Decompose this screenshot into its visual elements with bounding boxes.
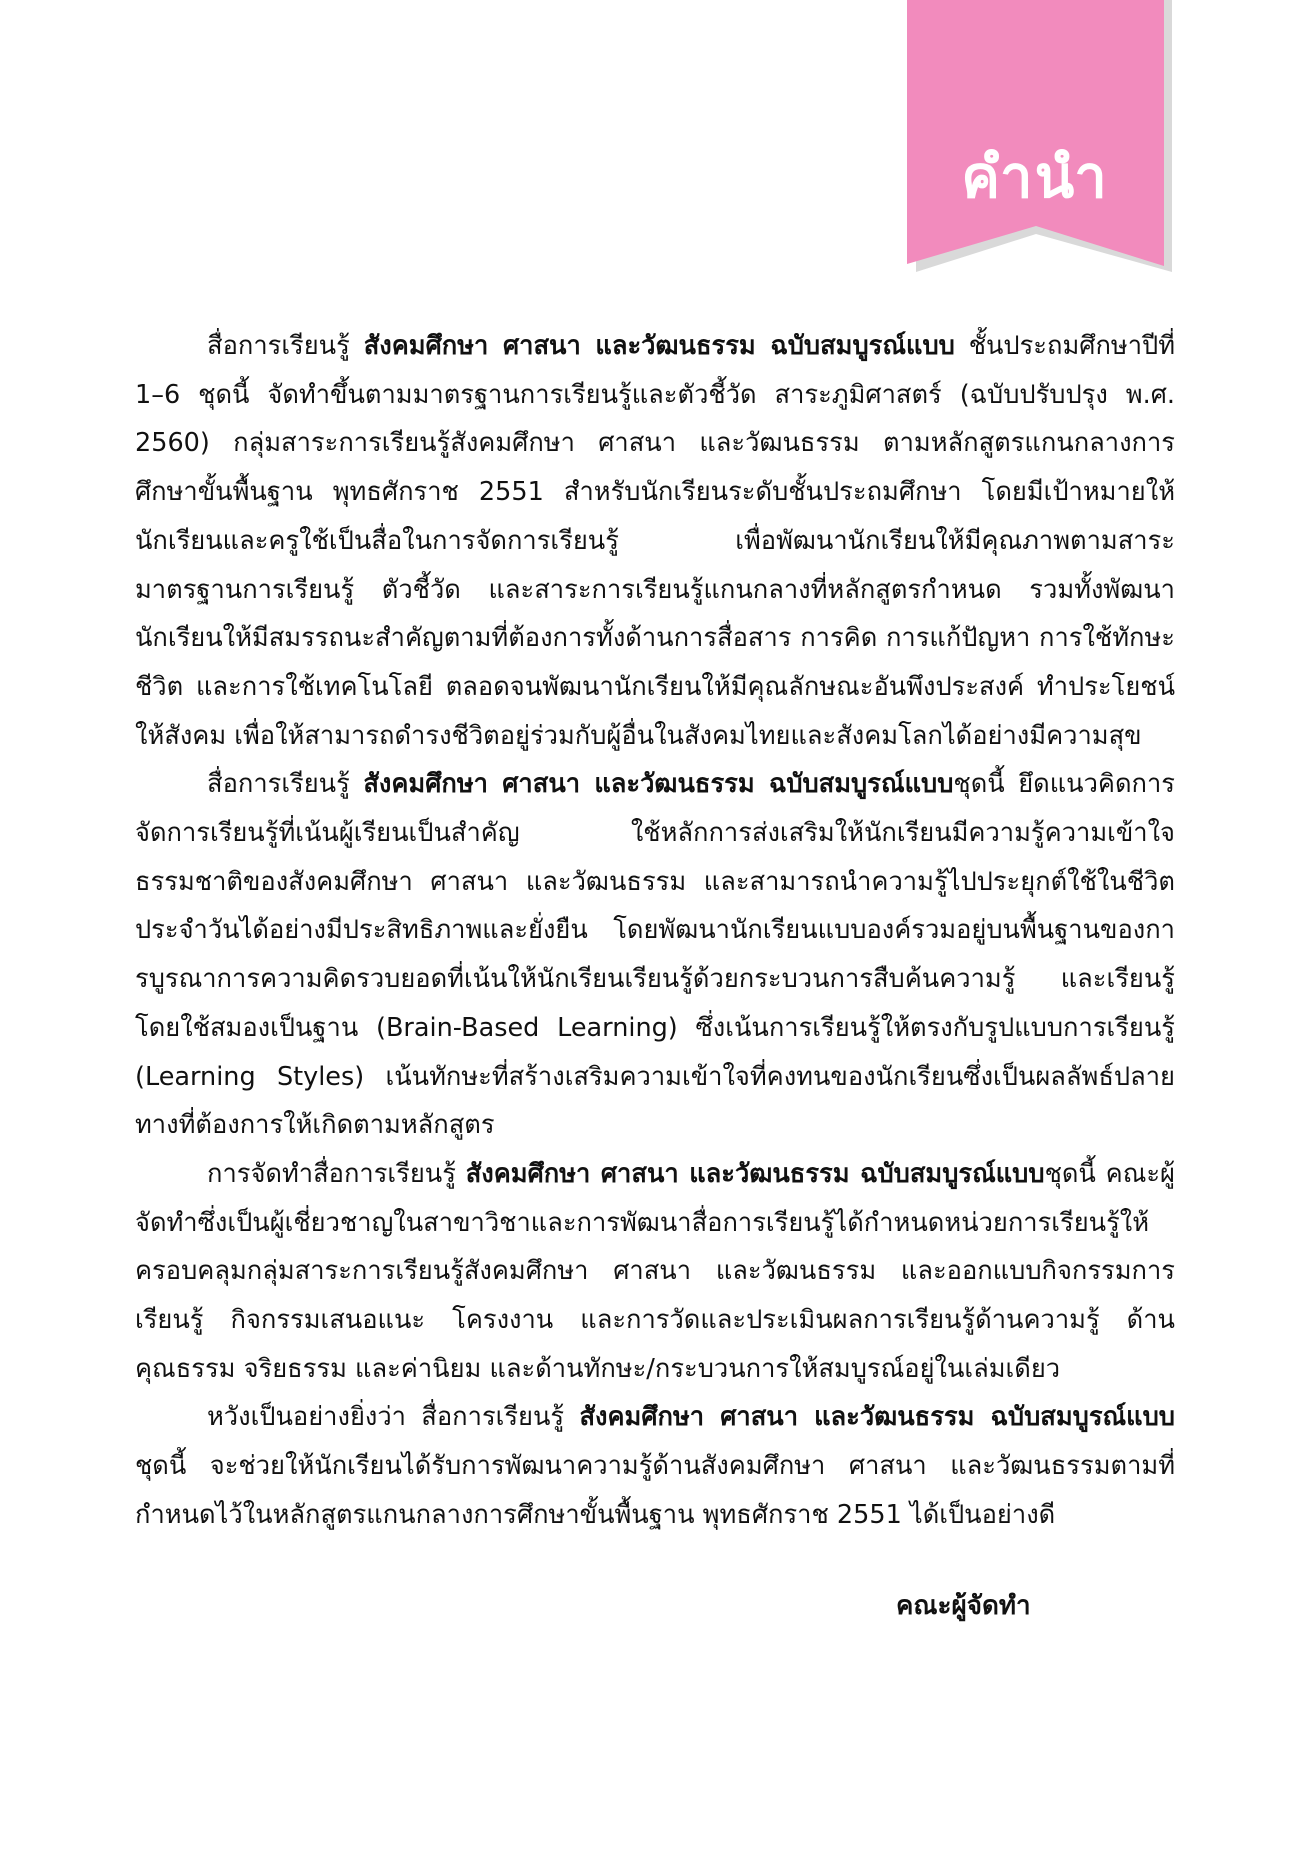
paragraph-text: สื่อการเรียนรู้ bbox=[207, 769, 363, 799]
paragraph-text: ชุดนี้ คณะผู้จัดทำซึ่งเป็นผู้เชี่ยวชาญใน… bbox=[135, 1159, 1175, 1384]
book-title-emphasis: สังคมศึกษา ศาสนา และวัฒนธรรม ฉบับสมบูรณ์… bbox=[364, 331, 955, 361]
preface-paragraph-1: สื่อการเรียนรู้ สังคมศึกษา ศาสนา และวัฒน… bbox=[135, 322, 1175, 760]
book-title-emphasis: สังคมศึกษา ศาสนา และวัฒนธรรม ฉบับสมบูรณ์… bbox=[466, 1159, 1045, 1189]
paragraph-text: ชุดนี้ ยึดแนวคิดการจัดการเรียนรู้ที่เน้น… bbox=[135, 769, 1175, 1140]
paragraph-text: ชุดนี้ จะช่วยให้นักเรียนได้รับการพัฒนาคว… bbox=[135, 1451, 1175, 1530]
paragraph-text: ชั้นประถมศึกษาปีที่ 1–6 ชุดนี้ จัดทำขึ้น… bbox=[135, 331, 1175, 751]
title-ribbon-banner: คำนำ bbox=[906, 0, 1174, 272]
page-title: คำนำ bbox=[906, 130, 1164, 223]
book-title-emphasis: สังคมศึกษา ศาสนา และวัฒนธรรม ฉบับสมบูรณ์… bbox=[363, 769, 953, 799]
book-title-emphasis: สังคมศึกษา ศาสนา และวัฒนธรรม ฉบับสมบูรณ์… bbox=[579, 1402, 1175, 1432]
paragraph-text: หวังเป็นอย่างยิ่งว่า สื่อการเรียนรู้ bbox=[207, 1402, 579, 1432]
preface-paragraph-2: สื่อการเรียนรู้ สังคมศึกษา ศาสนา และวัฒน… bbox=[135, 760, 1175, 1150]
author-signature: คณะผู้จัดทำ bbox=[896, 1585, 1031, 1626]
paragraph-text: การจัดทำสื่อการเรียนรู้ bbox=[207, 1159, 466, 1189]
preface-paragraph-4: หวังเป็นอย่างยิ่งว่า สื่อการเรียนรู้ สัง… bbox=[135, 1393, 1175, 1539]
preface-paragraph-3: การจัดทำสื่อการเรียนรู้ สังคมศึกษา ศาสนา… bbox=[135, 1150, 1175, 1394]
paragraph-text: สื่อการเรียนรู้ bbox=[207, 331, 364, 361]
preface-body: สื่อการเรียนรู้ สังคมศึกษา ศาสนา และวัฒน… bbox=[135, 322, 1175, 1540]
